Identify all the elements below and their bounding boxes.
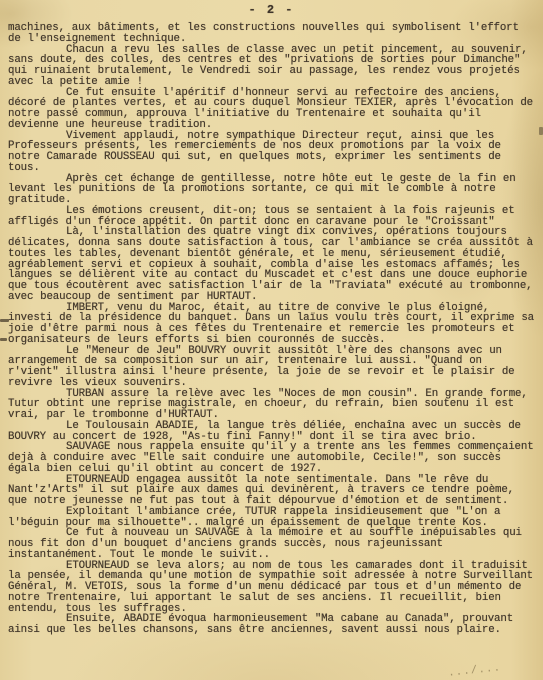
paragraph: IMBERT, venu du Maroc, était, au titre d… — [8, 303, 537, 346]
scan-edge-artifact — [0, 338, 7, 341]
paragraph: Après cet échange de gentillesse, notre … — [8, 174, 537, 206]
scanned-typewritten-page: - 2 - machines, aux bâtiments, et les co… — [0, 0, 543, 680]
paragraph: machines, aux bâtiments, et les construc… — [8, 23, 537, 45]
paragraph: Là, l'installation des quatre vingt dix … — [8, 227, 537, 302]
scan-edge-artifact — [0, 319, 9, 322]
paragraph: SAUVAGE nous rappela ensuite qu'il y a t… — [8, 442, 537, 474]
paragraph: Le Toulousain ABADIE, la langue très dél… — [8, 421, 537, 443]
scan-edge-artifact — [539, 127, 543, 135]
paragraph: ETOURNEAUD se leva alors; au nom de tous… — [8, 561, 537, 615]
paragraph: Chacun a revu les salles de classe avec … — [8, 45, 537, 88]
paragraph: Exploitant l'ambiance crée, TUTUR rappel… — [8, 507, 537, 529]
paragraph: Ce fut à nouveau un SAUVAGE à la mémoire… — [8, 528, 537, 560]
paragraph: Vivement applaudi, notre sympathique Dir… — [8, 131, 537, 174]
continuation-mark: .../... — [447, 662, 501, 679]
paragraph: TURBAN assure la relève avec les "Noces … — [8, 389, 537, 421]
paragraph: Le "Meneur de Jeu" BOUVRY ouvrit aussitô… — [8, 346, 537, 389]
paragraph: Les émotions creusent, dit-on; tous se s… — [8, 206, 537, 228]
document-body: machines, aux bâtiments, et les construc… — [8, 23, 537, 636]
page-number: - 2 - — [0, 3, 543, 17]
paragraph: Ce fut ensuite l'apéritif d'honneur serv… — [8, 88, 537, 131]
paragraph: Ensuite, ABADIE évoqua harmonieusement "… — [8, 614, 537, 636]
paragraph: ETOURNEAUD engagea aussitôt la note sent… — [8, 475, 537, 507]
